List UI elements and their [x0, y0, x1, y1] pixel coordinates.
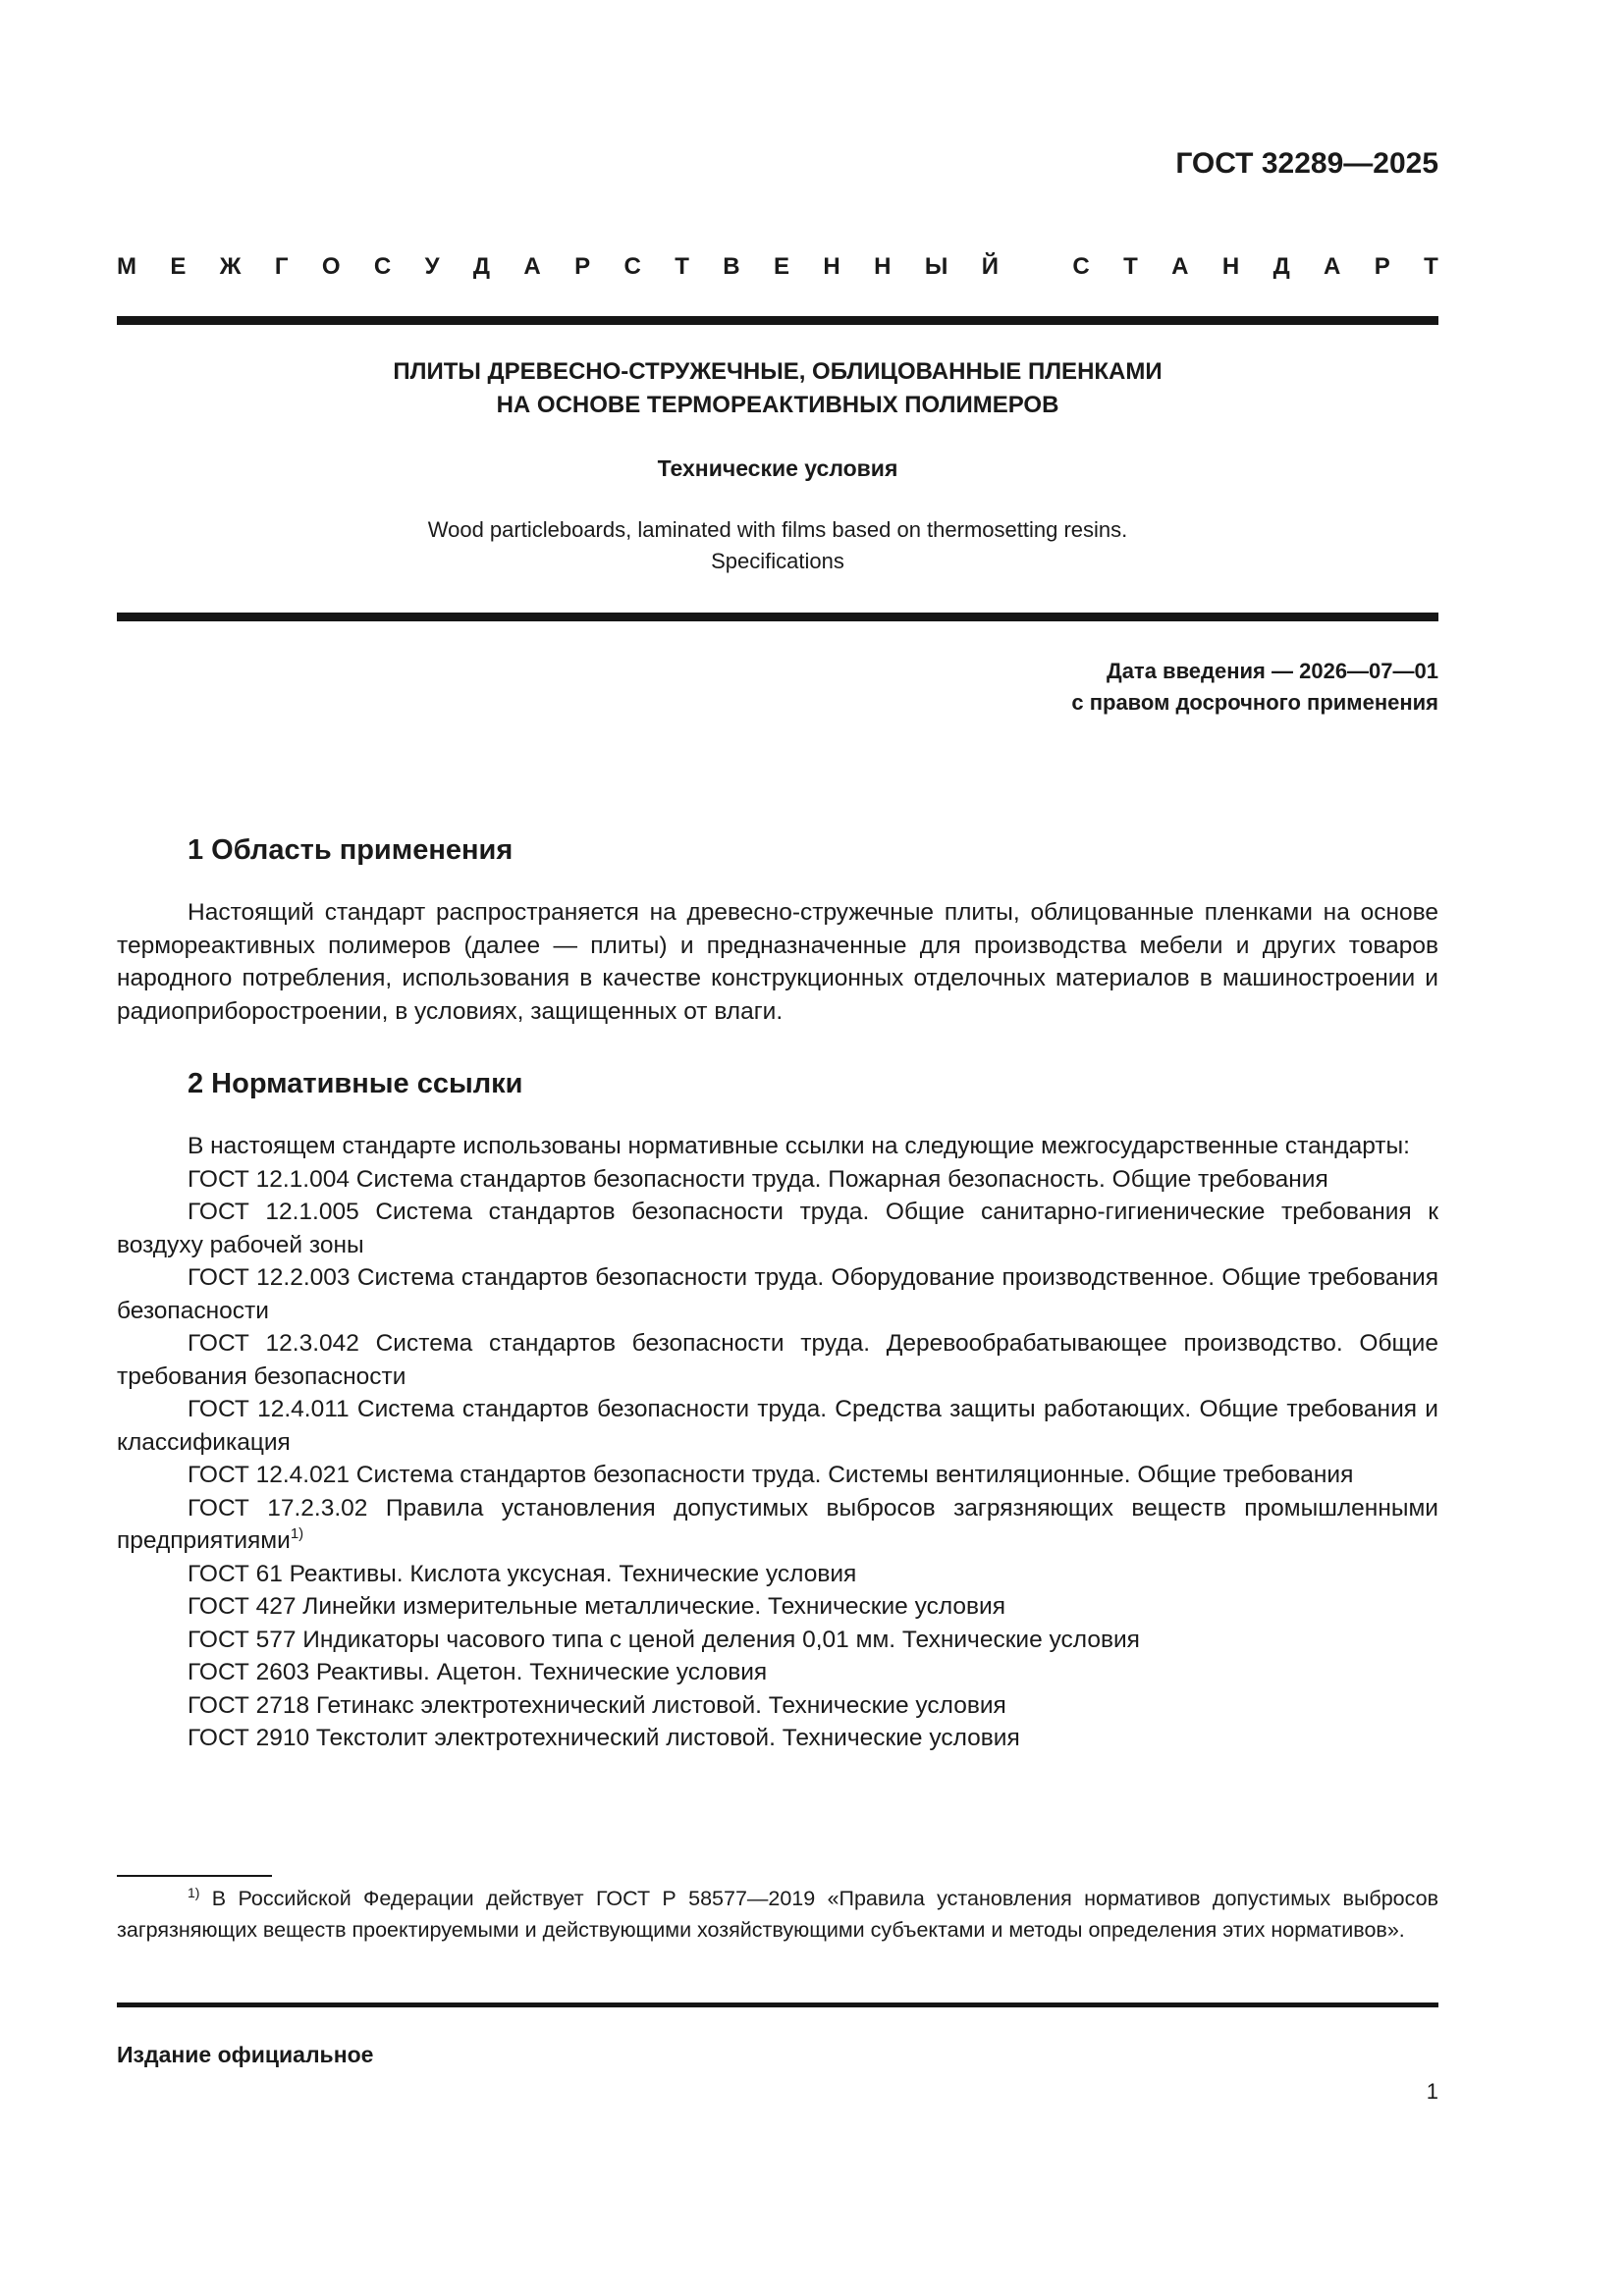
footer-rule — [117, 2002, 1438, 2007]
footnote-text: В Российской Федерации действует ГОСТ Р … — [117, 1887, 1438, 1942]
banner-letter: С — [624, 253, 641, 281]
reference-item: ГОСТ 2718 Гетинакс электротехнический ли… — [117, 1689, 1438, 1723]
banner-letter: Е — [774, 253, 789, 281]
reference-item: ГОСТ 2603 Реактивы. Ацетон. Технические … — [117, 1656, 1438, 1689]
introduction-date-line: Дата введения — 2026—07—01 — [1071, 656, 1438, 687]
reference-item: ГОСТ 12.1.005 Система стандартов безопас… — [117, 1196, 1438, 1261]
reference-text: ГОСТ 12.4.021 Система стандартов безопас… — [188, 1462, 1353, 1488]
banner-letter: Й — [982, 253, 999, 281]
document-title: ПЛИТЫ ДРЕВЕСНО-СТРУЖЕЧНЫЕ, ОБЛИЦОВАННЫЕ … — [117, 355, 1438, 422]
banner-letter: Н — [874, 253, 891, 281]
reference-text: ГОСТ 577 Индикаторы часового типа с цено… — [188, 1627, 1140, 1653]
introduction-date: Дата введения — 2026—07—01 с правом доср… — [1071, 656, 1438, 719]
banner-letter: А — [523, 253, 540, 281]
english-title: Wood particleboards, laminated with film… — [117, 514, 1438, 577]
reference-text: ГОСТ 12.1.004 Система стандартов безопас… — [188, 1166, 1328, 1193]
banner-letter: Р — [574, 253, 590, 281]
banner-letter: В — [723, 253, 739, 281]
banner-letter: У — [425, 253, 440, 281]
reference-text: ГОСТ 17.2.3.02 Правила установления допу… — [117, 1495, 1438, 1555]
reference-text: ГОСТ 427 Линейки измерительные металличе… — [188, 1593, 1005, 1620]
banner-letter: Р — [1375, 253, 1390, 281]
english-title-line-1: Wood particleboards, laminated with film… — [117, 514, 1438, 546]
banner-letter: М — [117, 253, 136, 281]
section-heading: 1 Область применения — [117, 834, 1438, 867]
banner-letter: Т — [1424, 253, 1438, 281]
banner-letter: Д — [1273, 253, 1290, 281]
reference-text: ГОСТ 12.4.011 Система стандартов безопас… — [117, 1396, 1438, 1456]
section-paragraph: Настоящий стандарт распространяется на д… — [117, 896, 1438, 1028]
title-rule — [117, 613, 1438, 621]
early-application-line: с правом досрочного применения — [1071, 687, 1438, 719]
page-number: 1 — [1427, 2079, 1438, 2105]
banner-letter: А — [1324, 253, 1340, 281]
section-scope: 1 Область применения Настоящий стандарт … — [117, 834, 1438, 1028]
reference-item: ГОСТ 12.1.004 Система стандартов безопас… — [117, 1163, 1438, 1197]
footnote-mark: 1) — [188, 1885, 199, 1900]
banner-letter: Т — [675, 253, 689, 281]
reference-text: ГОСТ 12.3.042 Система стандартов безопас… — [117, 1330, 1438, 1390]
reference-text: ГОСТ 12.2.003 Система стандартов безопас… — [117, 1264, 1438, 1324]
header-rule — [117, 316, 1438, 325]
reference-item: ГОСТ 12.2.003 Система стандартов безопас… — [117, 1261, 1438, 1327]
footnote: 1) В Российской Федерации действует ГОСТ… — [117, 1883, 1438, 1946]
banner-letter — [1032, 253, 1039, 281]
banner-letter: С — [1072, 253, 1089, 281]
reference-text: ГОСТ 2603 Реактивы. Ацетон. Технические … — [188, 1659, 767, 1685]
section-heading: 2 Нормативные ссылки — [117, 1068, 1438, 1100]
banner-letter: А — [1171, 253, 1188, 281]
reference-item: ГОСТ 427 Линейки измерительные металличе… — [117, 1590, 1438, 1624]
title-line-2: НА ОСНОВЕ ТЕРМОРЕАКТИВНЫХ ПОЛИМЕРОВ — [117, 389, 1438, 422]
reference-item: ГОСТ 61 Реактивы. Кислота уксусная. Техн… — [117, 1558, 1438, 1591]
title-line-1: ПЛИТЫ ДРЕВЕСНО-СТРУЖЕЧНЫЕ, ОБЛИЦОВАННЫЕ … — [117, 355, 1438, 389]
reference-item: ГОСТ 12.3.042 Система стандартов безопас… — [117, 1327, 1438, 1393]
banner-letter: Ы — [925, 253, 948, 281]
reference-text: ГОСТ 2718 Гетинакс электротехнический ли… — [188, 1692, 1006, 1719]
banner-letter: О — [322, 253, 341, 281]
footnote-separator — [117, 1875, 272, 1877]
official-edition-label: Издание официальное — [117, 2042, 373, 2068]
banner-letter: Н — [1222, 253, 1239, 281]
standard-type-banner: МЕЖГОСУДАРСТВЕННЫЙ СТАНДАРТ — [117, 253, 1438, 281]
document-code: ГОСТ 32289—2025 — [1175, 147, 1438, 181]
banner-letter: Г — [275, 253, 289, 281]
reference-item: ГОСТ 17.2.3.02 Правила установления допу… — [117, 1492, 1438, 1558]
banner-letter: Т — [1123, 253, 1138, 281]
reference-item: ГОСТ 577 Индикаторы часового типа с цено… — [117, 1624, 1438, 1657]
banner-letter: С — [374, 253, 391, 281]
reference-text: ГОСТ 12.1.005 Система стандартов безопас… — [117, 1199, 1438, 1258]
reference-list: ГОСТ 12.1.004 Система стандартов безопас… — [117, 1163, 1438, 1755]
english-title-line-2: Specifications — [117, 546, 1438, 577]
reference-text: ГОСТ 2910 Текстолит электротехнический л… — [188, 1725, 1020, 1751]
document-subtitle: Технические условия — [117, 455, 1438, 482]
banner-letter: Ж — [220, 253, 242, 281]
banner-letter: Д — [473, 253, 490, 281]
section-normative-references: 2 Нормативные ссылки В настоящем стандар… — [117, 1068, 1438, 1755]
reference-item: ГОСТ 12.4.011 Система стандартов безопас… — [117, 1393, 1438, 1459]
reference-text: ГОСТ 61 Реактивы. Кислота уксусная. Техн… — [188, 1561, 856, 1587]
reference-item: ГОСТ 12.4.021 Система стандартов безопас… — [117, 1459, 1438, 1492]
reference-item: ГОСТ 2910 Текстолит электротехнический л… — [117, 1722, 1438, 1755]
banner-letter: Н — [823, 253, 839, 281]
section-intro-paragraph: В настоящем стандарте использованы норма… — [117, 1130, 1438, 1163]
footnote-reference-mark: 1) — [291, 1525, 303, 1542]
banner-letter: Е — [170, 253, 186, 281]
